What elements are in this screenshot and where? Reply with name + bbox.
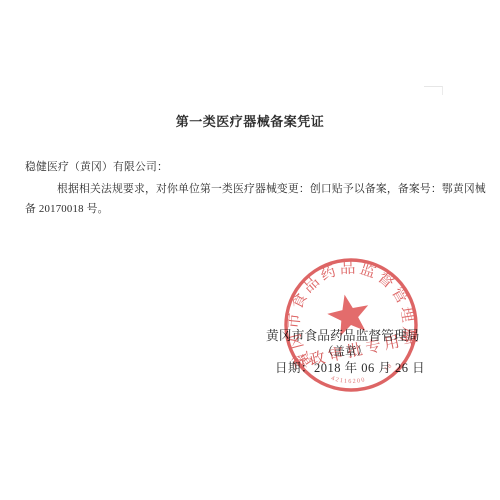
- body-text-line-1: 根据相关法规要求，对你单位第一类医疗器械变更：创口贴予以备案，备案号：鄂黄冈械: [57, 181, 486, 196]
- seal-code-right: 18: [382, 361, 395, 373]
- star-icon: [324, 290, 373, 338]
- body-text-line-2: 备 20170018 号。: [25, 201, 109, 216]
- seal-graphic: 黄冈市食品药品监督管理局 行政审批专用章 42116200 18: [276, 250, 426, 400]
- page-title: 第一类医疗器械备案凭证: [0, 111, 500, 130]
- official-red-seal: 黄冈市食品药品监督管理局 行政审批专用章 42116200 18: [276, 250, 426, 400]
- certificate-page: 第一类医疗器械备案凭证 稳健医疗（黄冈）有限公司： 根据相关法规要求，对你单位第…: [0, 0, 500, 500]
- recipient-company-line: 稳健医疗（黄冈）有限公司：: [25, 159, 168, 174]
- scan-artifact-mark: [424, 86, 443, 95]
